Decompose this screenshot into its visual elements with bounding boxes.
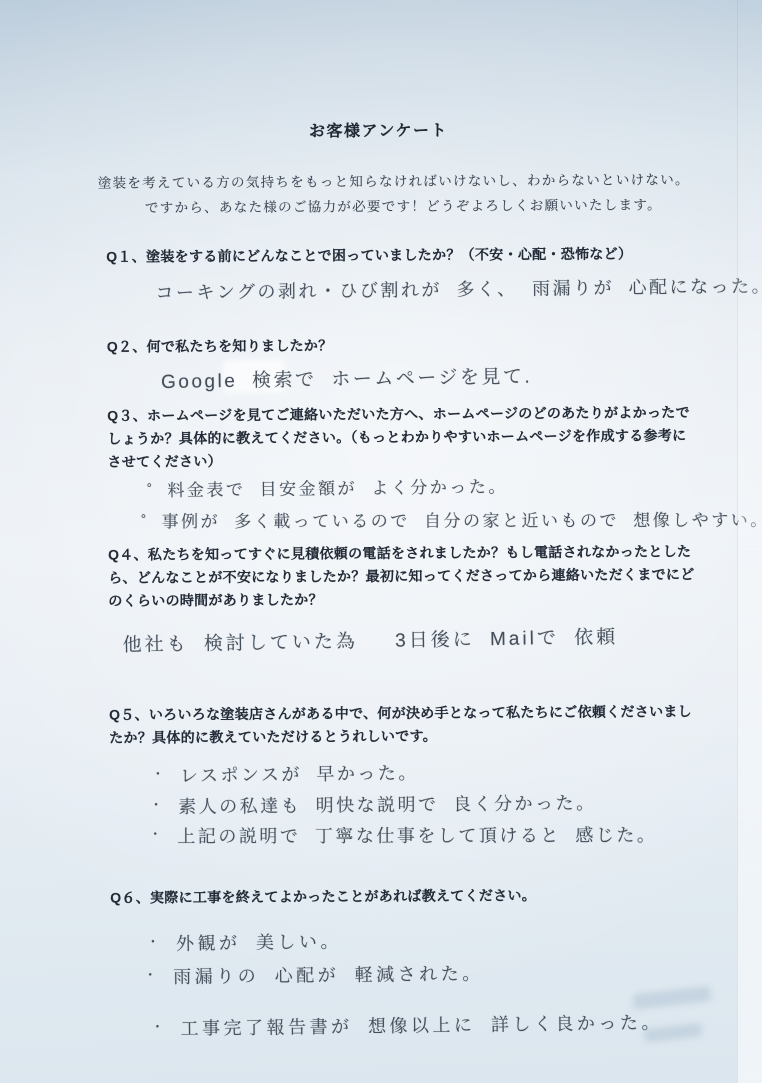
answer-q6-text-3: 工事完了報告書が 想像以上に 詳しく良かった。: [180, 1013, 663, 1039]
answer-q6-text-1: 外観が 美しい。: [176, 931, 342, 953]
bullet-mark: ・: [149, 823, 165, 842]
bullet-mark: °: [147, 480, 155, 495]
answer-q4-line-1: 他社も 検討していた為 3日後に Mailで 依頼: [122, 622, 618, 657]
answer-q2-line-1: Google 検索で ホームページを見て.: [161, 361, 533, 394]
question-q6: Q６、実際に工事を終えてよかったことがあれば教えてください。: [110, 883, 730, 910]
answer-q1-line-1: コーキングの剥れ・ひび割れが 多く、 雨漏りが 心配になった。: [155, 272, 762, 305]
question-q4-text: 私たちを知ってすぐに見積依頼の電話をされましたか？もし電話されなかったとしたら、…: [108, 543, 694, 609]
question-q5-text: いろいろな塗装店さんがある中で、何が決め手となって私たちにご依頼くださいましたか…: [109, 703, 692, 746]
answer-q6-line-1: ・外観が 美しい。: [146, 927, 342, 956]
question-q1: Q１、塗装をする前にどんなことで困っていましたか？（不安・心配・恐怖など）: [106, 242, 726, 269]
question-q4-label: Q４、: [108, 546, 148, 562]
answer-q3-line-2: °事例が 多く載っているので 自分の家と近いもので 想像しやすい。: [141, 506, 762, 533]
question-q5: Q５、いろいろな塗装店さんがある中で、何が決め手となって私たちにご依頼くださいま…: [109, 700, 699, 750]
answer-q6-line-2: ・雨漏りの 心配が 軽減された。: [144, 959, 484, 989]
question-q2-label: Q２、: [107, 338, 147, 354]
question-q3-label: Q３、: [107, 407, 147, 423]
bullet-mark: ・: [149, 794, 165, 813]
answer-q6-line-3: ・工事完了報告書が 想像以上に 詳しく良かった。: [151, 1009, 663, 1042]
answer-q6-text-2: 雨漏りの 心配が 軽減された。: [173, 963, 484, 987]
bullet-mark: ・: [144, 964, 161, 983]
paper-right-edge: [737, 0, 762, 1083]
answer-q5-text-2: 素人の私達も 明快な説明で 良く分かった。: [178, 793, 597, 817]
question-q4: Q４、私たちを知ってすぐに見積依頼の電話をされましたか？もし電話されなかったとし…: [108, 540, 698, 613]
answer-q5-line-3: ・上記の説明で 丁寧な仕事をして頂けると 感じた。: [149, 821, 658, 848]
bullet-mark: ・: [151, 1016, 168, 1035]
question-q6-text: 実際に工事を終えてよかったことがあれば教えてください。: [150, 887, 536, 905]
answer-q5-text-3: 上記の説明で 丁寧な仕事をして頂けると 感じた。: [177, 825, 657, 846]
page-title: お客様アンケート: [0, 116, 760, 144]
bullet-mark: °: [141, 511, 149, 526]
answer-q3-line-1: °料金表で 目安金額が よく分かった。: [147, 472, 508, 501]
question-q3-text: ホームページを見てご連絡いただいた方へ、ホームページのどのあたりがよかったでしょ…: [107, 404, 690, 470]
intro-line-1: 塗装を考えている方の気持ちをもっと知らなければいけないし、わからないといけない。: [98, 168, 690, 192]
question-q1-text: 塗装をする前にどんなことで困っていましたか？（不安・心配・恐怖など）: [146, 245, 632, 264]
question-q2: Q２、何で私たちを知りましたか？: [107, 332, 727, 359]
answer-q4-text: 他社も 検討していた為 3日後に Mailで 依頼: [122, 627, 618, 656]
bullet-mark: ・: [151, 763, 167, 782]
question-q3: Q３、ホームページを見てご連絡いただいた方へ、ホームページのどのあたりがよかった…: [107, 401, 697, 474]
survey-photo: お客様アンケート 塗装を考えている方の気持ちをもっと知らなければいけないし、わか…: [0, 0, 762, 1083]
bullet-mark: ・: [146, 931, 163, 950]
answer-q3-text-2: 事例が 多く載っているので 自分の家と近いもので 想像しやすい。: [162, 511, 762, 532]
question-q1-label: Q１、: [106, 248, 146, 264]
answer-q5-line-1: ・レスポンスが 早かった。: [151, 759, 419, 788]
answer-q1-text: コーキングの剥れ・ひび割れが 多く、 雨漏りが 心配になった。: [155, 276, 762, 303]
faint-pencil-smudge: [632, 986, 711, 1010]
question-q2-text: 何で私たちを知りましたか？: [147, 337, 333, 354]
intro-line-2: ですから、あなた様のご協力が必要です！どうぞよろしくお願いいたします。: [145, 193, 662, 216]
question-q6-label: Q６、: [110, 889, 150, 905]
answer-q2-text: Google 検索で ホームページを見て.: [161, 366, 533, 393]
answer-q5-text-1: レスポンスが 早かった。: [180, 763, 419, 786]
paper-content: お客様アンケート 塗装を考えている方の気持ちをもっと知らなければいけないし、わか…: [0, 0, 762, 1083]
question-q5-label: Q５、: [109, 706, 149, 722]
answer-q5-line-2: ・素人の私達も 明快な説明で 良く分かった。: [149, 789, 596, 819]
answer-q3-text-1: 料金表で 目安金額が よく分かった。: [167, 477, 508, 500]
